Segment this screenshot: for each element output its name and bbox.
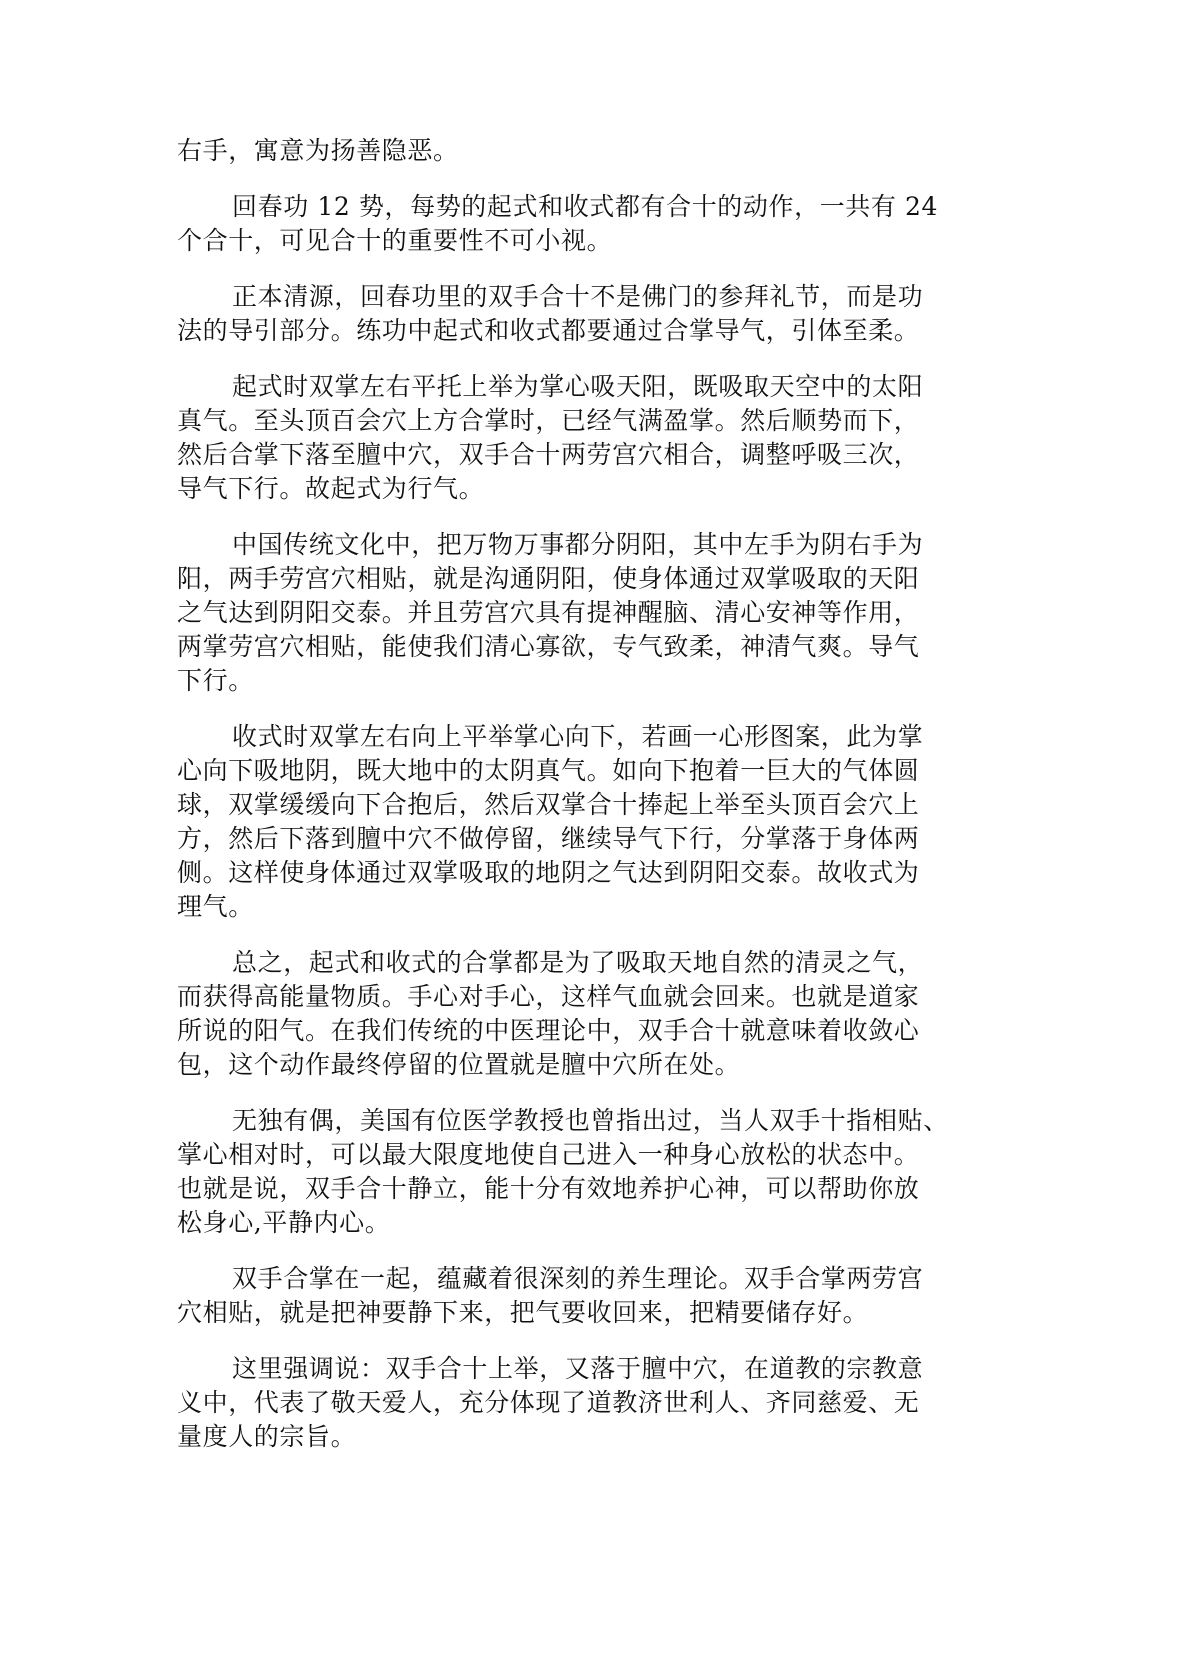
text-line: 包，这个动作最终停留的位置就是膻中穴所在处。 xyxy=(177,1048,1037,1082)
text-line: 然后合掌下落至膻中穴，双手合十两劳宫穴相合，调整呼吸三次， xyxy=(177,438,1037,472)
text-line: 中国传统文化中，把万物万事都分阴阳，其中左手为阴右手为 xyxy=(177,528,1037,562)
paragraph: 收式时双掌左右向上平举掌心向下，若画一心形图案，此为掌 心向下吸地阴，既大地中的… xyxy=(177,720,1037,924)
text-line: 两掌劳宫穴相贴，能使我们清心寡欲，专气致柔，神清气爽。导气 xyxy=(177,630,1037,664)
paragraph: 中国传统文化中，把万物万事都分阴阳，其中左手为阴右手为 阳，两手劳宫穴相贴，就是… xyxy=(177,528,1037,698)
text-line: 正本清源，回春功里的双手合十不是佛门的参拜礼节，而是功 xyxy=(177,280,1037,314)
paragraph: 正本清源，回春功里的双手合十不是佛门的参拜礼节，而是功 法的导引部分。练功中起式… xyxy=(177,280,1037,348)
text-line: 方，然后下落到膻中穴不做停留，继续导气下行，分掌落于身体两 xyxy=(177,822,1037,856)
text-line: 也就是说，双手合十静立，能十分有效地养护心神，可以帮助你放 xyxy=(177,1172,1037,1206)
paragraph: 回春功 12 势，每势的起式和收式都有合十的动作，一共有 24 个合十，可见合十… xyxy=(177,190,1037,258)
text-line: 总之，起式和收式的合掌都是为了吸取天地自然的清灵之气， xyxy=(177,946,1037,980)
text-line: 义中，代表了敬天爱人，充分体现了道教济世利人、齐同慈爱、无 xyxy=(177,1386,1037,1420)
text-line: 这里强调说：双手合十上举，又落于膻中穴，在道教的宗教意 xyxy=(177,1352,1037,1386)
text-line: 心向下吸地阴，既大地中的太阴真气。如向下抱着一巨大的气体圆 xyxy=(177,754,1037,788)
document-page: 右手，寓意为扬善隐恶。 回春功 12 势，每势的起式和收式都有合十的动作，一共有… xyxy=(0,0,1188,1679)
text-line: 量度人的宗旨。 xyxy=(177,1420,1037,1454)
text-line: 侧。这样使身体通过双掌吸取的地阴之气达到阴阳交泰。故收式为 xyxy=(177,856,1037,890)
text-line: 无独有偶，美国有位医学教授也曾指出过，当人双手十指相贴、 xyxy=(177,1104,1037,1138)
text-line: 穴相贴，就是把神要静下来，把气要收回来，把精要储存好。 xyxy=(177,1296,1037,1330)
text-line: 下行。 xyxy=(177,664,1037,698)
paragraph: 起式时双掌左右平托上举为掌心吸天阳，既吸取天空中的太阳 真气。至头顶百会穴上方合… xyxy=(177,370,1037,506)
text-line: 而获得高能量物质。手心对手心，这样气血就会回来。也就是道家 xyxy=(177,980,1037,1014)
paragraph: 双手合掌在一起，蕴藏着很深刻的养生理论。双手合掌两劳宫 穴相贴，就是把神要静下来… xyxy=(177,1262,1037,1330)
text-line: 右手，寓意为扬善隐恶。 xyxy=(177,134,1037,168)
text-line: 法的导引部分。练功中起式和收式都要通过合掌导气，引体至柔。 xyxy=(177,314,1037,348)
paragraph: 右手，寓意为扬善隐恶。 xyxy=(177,134,1037,168)
text-line: 回春功 12 势，每势的起式和收式都有合十的动作，一共有 24 xyxy=(177,190,1037,224)
text-line: 掌心相对时，可以最大限度地使自己进入一种身心放松的状态中。 xyxy=(177,1138,1037,1172)
text-line: 之气达到阴阳交泰。并且劳宫穴具有提神醒脑、清心安神等作用， xyxy=(177,596,1037,630)
text-line: 收式时双掌左右向上平举掌心向下，若画一心形图案，此为掌 xyxy=(177,720,1037,754)
paragraph: 总之，起式和收式的合掌都是为了吸取天地自然的清灵之气， 而获得高能量物质。手心对… xyxy=(177,946,1037,1082)
text-line: 所说的阳气。在我们传统的中医理论中，双手合十就意味着收敛心 xyxy=(177,1014,1037,1048)
text-line: 导气下行。故起式为行气。 xyxy=(177,472,1037,506)
document-body: 右手，寓意为扬善隐恶。 回春功 12 势，每势的起式和收式都有合十的动作，一共有… xyxy=(177,134,1037,1476)
text-line: 个合十，可见合十的重要性不可小视。 xyxy=(177,224,1037,258)
text-line: 真气。至头顶百会穴上方合掌时，已经气满盈掌。然后顺势而下， xyxy=(177,404,1037,438)
text-line: 球，双掌缓缓向下合抱后，然后双掌合十捧起上举至头顶百会穴上 xyxy=(177,788,1037,822)
paragraph: 无独有偶，美国有位医学教授也曾指出过，当人双手十指相贴、 掌心相对时，可以最大限… xyxy=(177,1104,1037,1240)
paragraph: 这里强调说：双手合十上举，又落于膻中穴，在道教的宗教意 义中，代表了敬天爱人，充… xyxy=(177,1352,1037,1454)
text-line: 松身心,平静内心。 xyxy=(177,1206,1037,1240)
text-line: 起式时双掌左右平托上举为掌心吸天阳，既吸取天空中的太阳 xyxy=(177,370,1037,404)
text-line: 理气。 xyxy=(177,890,1037,924)
text-line: 阳，两手劳宫穴相贴，就是沟通阴阳，使身体通过双掌吸取的天阳 xyxy=(177,562,1037,596)
text-line: 双手合掌在一起，蕴藏着很深刻的养生理论。双手合掌两劳宫 xyxy=(177,1262,1037,1296)
